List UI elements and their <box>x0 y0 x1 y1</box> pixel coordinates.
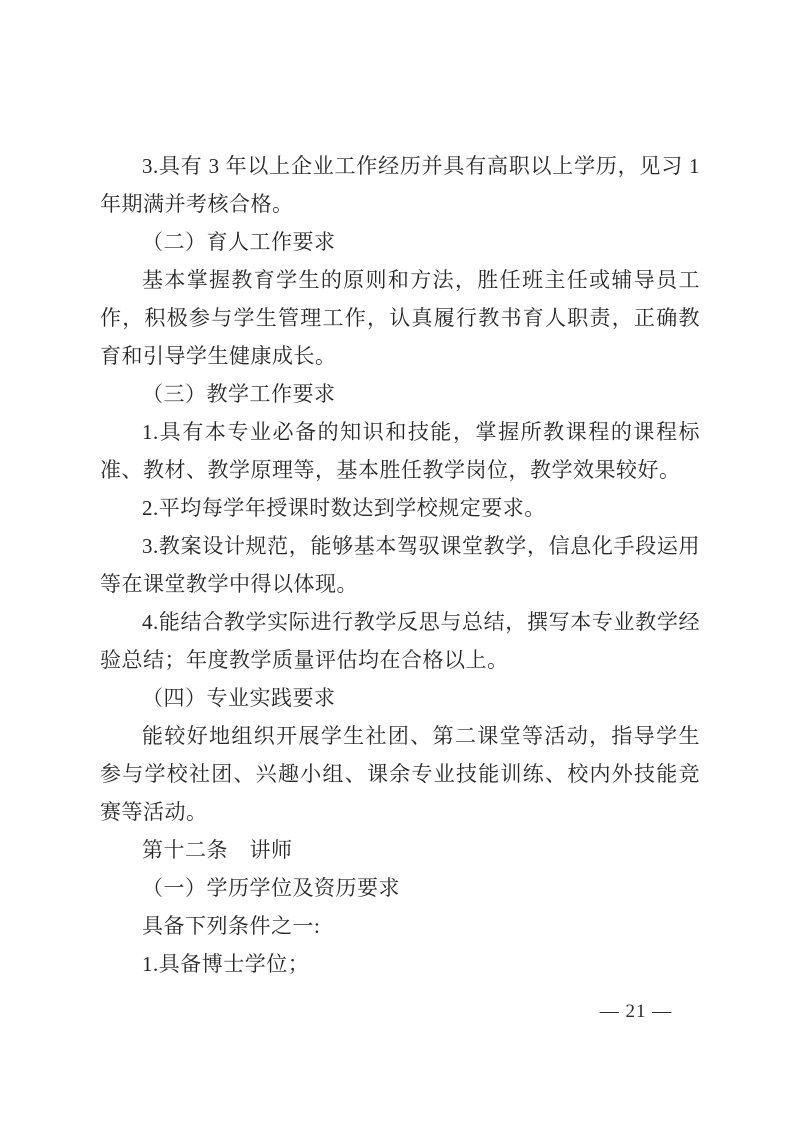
document-body: 3.具有 3 年以上企业工作经历并具有高职以上学历，见习 1 年期满并考核合格。… <box>100 147 700 983</box>
article-heading: 第十二条 讲师 <box>100 831 700 869</box>
numbered-item: 1.具备博士学位； <box>100 945 700 983</box>
section-heading: （二）育人工作要求 <box>100 223 700 261</box>
numbered-item: 3.教案设计规范，能够基本驾驭课堂教学，信息化手段运用等在课堂教学中得以体现。 <box>100 527 700 603</box>
document-page: 3.具有 3 年以上企业工作经历并具有高职以上学历，见习 1 年期满并考核合格。… <box>0 0 793 1122</box>
numbered-item: 4.能结合教学实际进行教学反思与总结，撰写本专业教学经验总结；年度教学质量评估均… <box>100 603 700 679</box>
section-heading: （四）专业实践要求 <box>100 679 700 717</box>
section-heading: （一）学历学位及资历要求 <box>100 869 700 907</box>
page-number: — 21 — <box>600 1001 673 1022</box>
section-heading: （三）教学工作要求 <box>100 375 700 413</box>
numbered-item: 2.平均每学年授课时数达到学校规定要求。 <box>100 489 700 527</box>
body-paragraph: 能较好地组织开展学生社团、第二课堂等活动，指导学生参与学校社团、兴趣小组、课余专… <box>100 717 700 831</box>
numbered-item: 1.具有本专业必备的知识和技能，掌握所教课程的课程标准、教材、教学原理等，基本胜… <box>100 413 700 489</box>
body-paragraph: 具备下列条件之一: <box>100 907 700 945</box>
numbered-item: 3.具有 3 年以上企业工作经历并具有高职以上学历，见习 1 年期满并考核合格。 <box>100 147 700 223</box>
page-footer: — 21 — <box>560 999 712 1025</box>
body-paragraph: 基本掌握教育学生的原则和方法，胜任班主任或辅导员工作，积极参与学生管理工作，认真… <box>100 261 700 375</box>
